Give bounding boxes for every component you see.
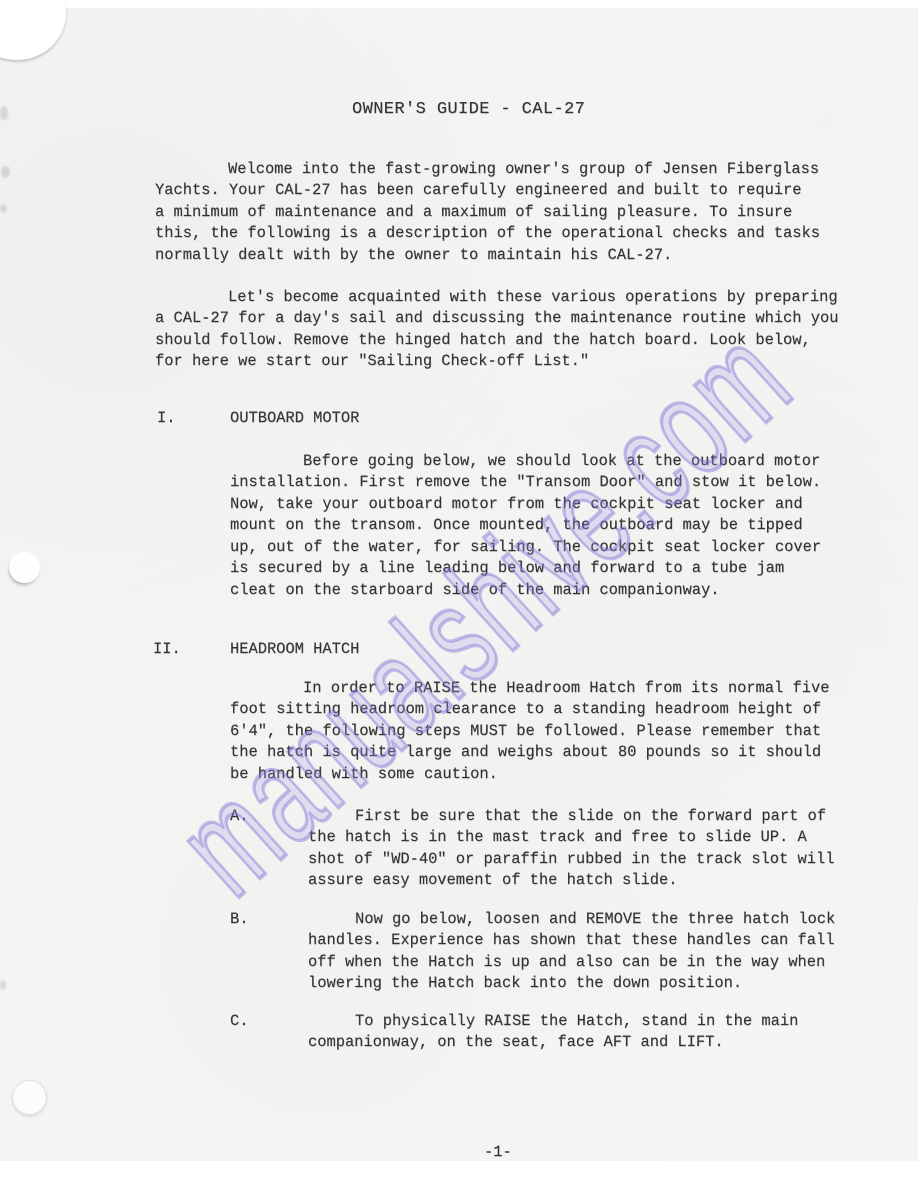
item-a-letter: A. [230, 806, 248, 827]
item-b-letter: B. [230, 909, 248, 930]
intro-paragraph: Welcome into the fast-growing owner's gr… [155, 159, 880, 266]
section-2-numeral: II. [153, 639, 181, 660]
paper-sheet: OWNER'S GUIDE - CAL-27 Welcome into the … [0, 8, 918, 1161]
section-1-heading: OUTBOARD MOTOR [230, 408, 359, 429]
section-1-body: Before going below, we should look at th… [230, 451, 880, 601]
scanned-document-page: { "document": { "title": "OWNER'S GUIDE … [0, 0, 918, 1188]
item-c-text: To physically RAISE the Hatch, stand in … [308, 1011, 873, 1054]
punch-hole-icon [12, 1080, 47, 1115]
page-number: -1- [484, 1142, 512, 1163]
pencil-smudge [0, 204, 7, 213]
item-c-letter: C. [230, 1011, 248, 1032]
punch-hole-icon [9, 552, 40, 583]
page-title: OWNER'S GUIDE - CAL-27 [352, 99, 585, 120]
item-b-text: Now go below, loosen and REMOVE the thre… [308, 909, 873, 995]
second-paragraph: Let's become acquainted with these vario… [155, 287, 880, 373]
pencil-smudge [1, 166, 10, 178]
item-a-text: First be sure that the slide on the forw… [308, 806, 873, 892]
pencil-smudge [0, 106, 8, 120]
pencil-smudge [0, 980, 6, 990]
section-2-body: In order to RAISE the Headroom Hatch fro… [230, 678, 880, 785]
torn-corner [0, 0, 66, 60]
section-2-heading: HEADROOM HATCH [230, 639, 359, 660]
section-1-numeral: I. [157, 408, 175, 429]
